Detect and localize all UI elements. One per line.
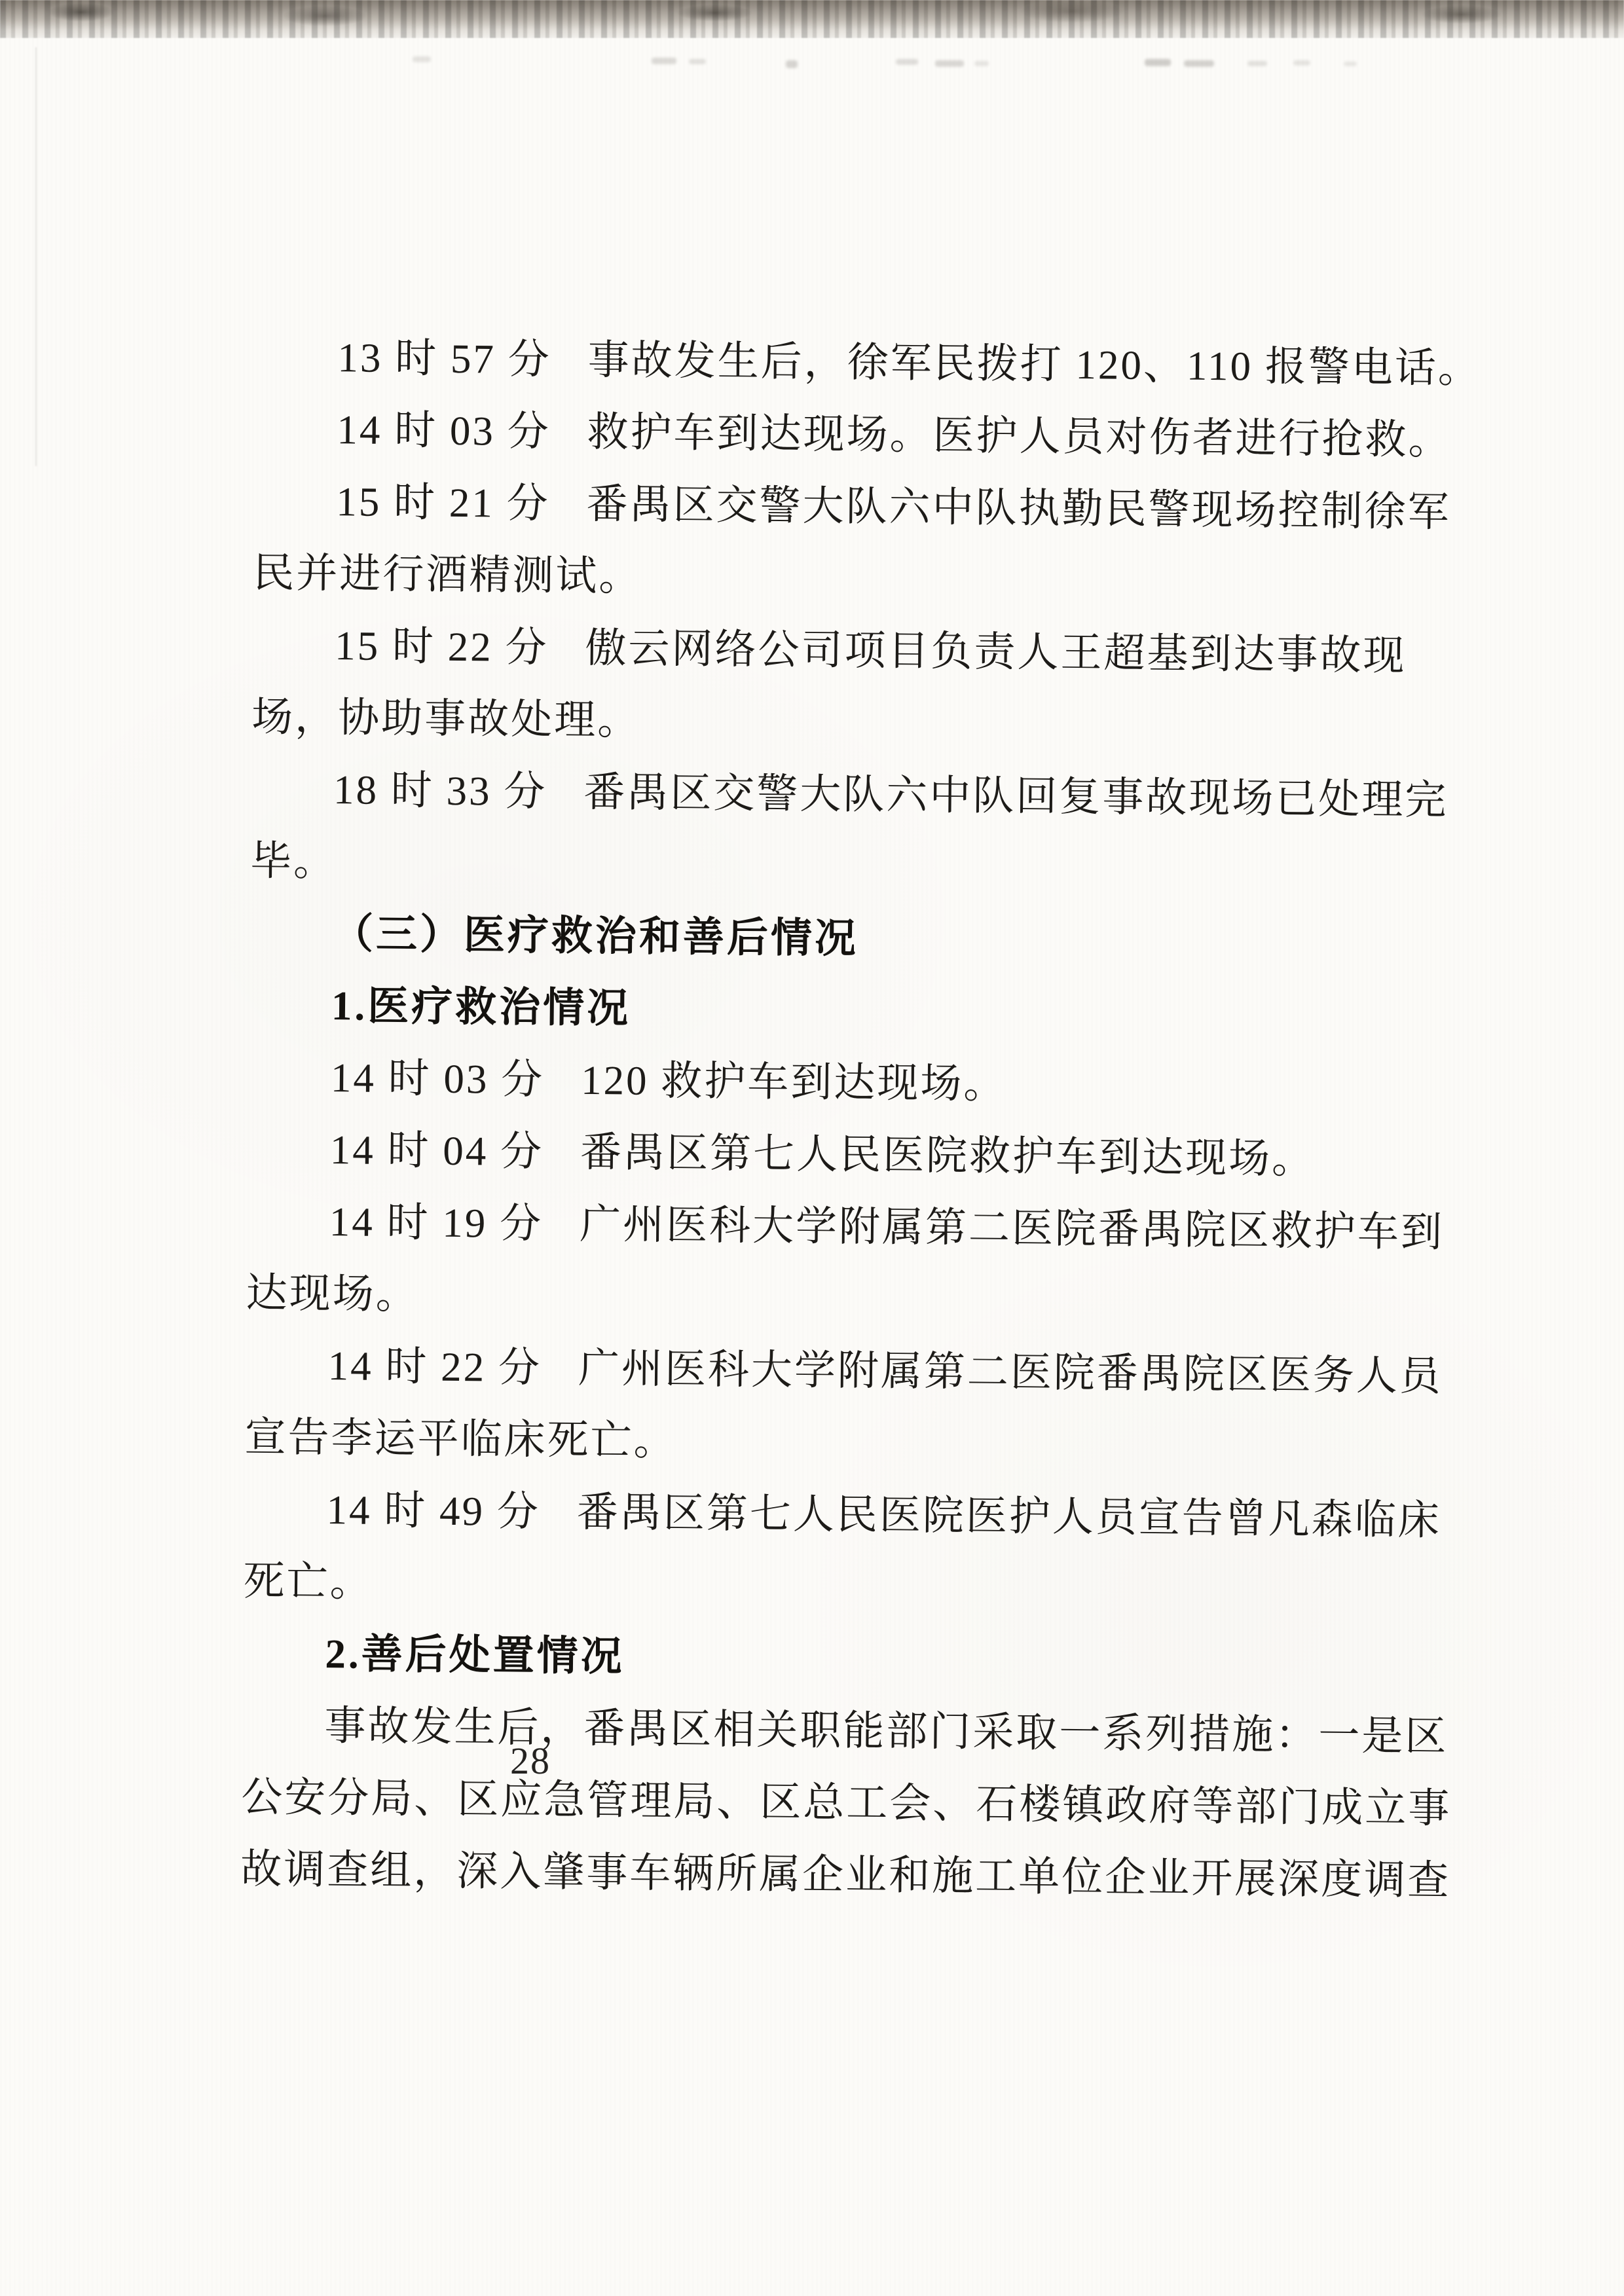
text-line: 事故发生后，番禺区相关职能部门采取一系列措施：一是区 [242,1689,1486,1773]
text-line: 14 时 03 分救护车到达现场。医护人员对伤者进行抢救。 [254,393,1499,477]
text-line: 场，协助事故处理。 [251,681,1496,765]
line-text: 120 救护车到达现场。 [581,1057,1007,1107]
text-line: 13 时 57 分事故发生后，徐军民拨打 120、110 报警电话。 [255,321,1500,405]
text-line: 14 时 04 分番禺区第七人民医院救护车到达现场。 [247,1113,1492,1197]
scanned-document-page: 13 时 57 分事故发生后，徐军民拨打 120、110 报警电话。14 时 0… [0,0,1624,2296]
scan-smudge-mark [689,59,706,64]
time-label: 14 时 49 分 [326,1487,540,1535]
text-line: 故调查组，深入肇事车辆所属企业和施工单位企业开展深度调查 [240,1833,1485,1917]
line-text: 番禺区第七人民医院救护车到达现场。 [580,1129,1316,1182]
section-heading: （三）医疗救治和善后情况 [249,897,1494,981]
line-text: 毕。 [250,838,337,884]
scan-smudge-mark [1145,59,1171,66]
line-text: 宣告李运平临床死亡。 [244,1414,677,1464]
scan-smudge-mark [1247,61,1267,66]
line-text: 1.医疗救治情况 [331,983,631,1031]
time-label: 18 时 33 分 [333,767,547,814]
text-line: 14 时 49 分番禺区第七人民医院医护人员宣告曾凡森临床 [244,1473,1488,1557]
time-label: 14 时 03 分 [337,407,551,454]
scan-smudge-mark [786,60,798,68]
scan-smudge-mark [974,61,989,66]
text-line: 民并进行酒精测试。 [253,537,1498,621]
document-body: 13 时 57 分事故发生后，徐军民拨打 120、110 报警电话。14 时 0… [240,321,1500,1917]
text-line: 15 时 21 分番禺区交警大队六中队执勤民警现场控制徐军 [253,465,1498,549]
line-text: （三）医疗救治和善后情况 [332,911,859,962]
scan-smudge-mark [935,60,964,67]
line-text: 番禺区交警大队六中队执勤民警现场控制徐军 [586,481,1451,536]
line-text: 广州医科大学附属第二医院番禺院区医务人员 [578,1345,1443,1400]
text-line: 15 时 22 分傲云网络公司项目负责人王超基到达事故现 [252,609,1497,693]
line-text: 民并进行酒精测试。 [253,550,642,600]
time-label: 13 时 57 分 [337,335,551,382]
scan-edge-line [35,47,37,466]
text-line: 18 时 33 分番禺区交警大队六中队回复事故现场已处理完 [251,753,1496,837]
time-label: 15 时 21 分 [336,479,550,526]
time-label: 15 时 22 分 [335,623,549,670]
scan-smudge-mark [1293,60,1310,65]
line-text: 公安分局、区应急管理局、区总工会、石楼镇政府等部门成立事 [241,1774,1452,1832]
line-text: 场，协助事故处理。 [251,694,641,744]
page-number: 28 [458,1739,602,1783]
line-text: 达现场。 [246,1270,419,1318]
section-heading: 1.医疗救治情况 [248,969,1493,1053]
line-text: 故调查组，深入肇事车辆所属企业和施工单位企业开展深度调查 [240,1846,1451,1904]
text-line: 公安分局、区应急管理局、区总工会、石楼镇政府等部门成立事 [241,1761,1486,1845]
scan-smudge-row [0,0,1624,79]
text-line: 14 时 19 分广州医科大学附属第二医院番禺院区救护车到 [246,1185,1491,1269]
scan-smudge-mark [1184,60,1214,67]
text-line: 14 时 22 分广州医科大学附属第二医院番禺院区医务人员 [245,1329,1490,1413]
text-line: 毕。 [250,825,1495,909]
time-label: 14 时 22 分 [327,1343,542,1391]
line-text: 番禺区交警大队六中队回复事故现场已处理完 [583,769,1449,824]
line-text: 救护车到达现场。医护人员对伤者进行抢救。 [587,409,1452,464]
line-text: 番禺区第七人民医院医护人员宣告曾凡森临床 [576,1489,1441,1544]
text-line: 死亡。 [243,1545,1488,1629]
section-heading: 2.善后处置情况 [242,1617,1487,1701]
text-line: 宣告李运平临床死亡。 [244,1401,1489,1485]
time-label: 14 时 03 分 [331,1055,545,1102]
line-text: 死亡。 [243,1558,373,1605]
time-label: 14 时 04 分 [330,1127,544,1175]
time-label: 14 时 19 分 [329,1199,543,1247]
scan-smudge-mark [1344,62,1357,66]
line-text: 2.善后处置情况 [325,1631,625,1679]
scan-smudge-mark [413,56,431,62]
scan-smudge-mark [652,58,676,64]
text-line: 达现场。 [246,1257,1490,1341]
line-text: 广州医科大学附属第二医院番禺院区救护车到 [580,1201,1445,1256]
scan-smudge-mark [896,59,918,65]
line-text: 傲云网络公司项目负责人王超基到达事故现 [585,625,1407,679]
text-line: 14 时 03 分120 救护车到达现场。 [248,1041,1492,1125]
line-text: 事故发生后，徐军民拨打 120、110 报警电话。 [587,337,1481,392]
